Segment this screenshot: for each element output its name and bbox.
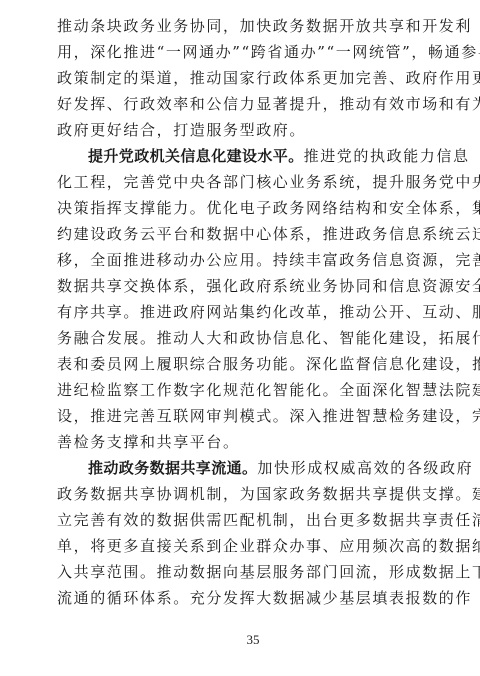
text-line: 政务数据共享协调机制，为国家政务数据共享提供支撑。建: [57, 483, 424, 505]
text-line: 单，将更多直接关系到企业群众办事、应用频次高的数据纳: [57, 535, 424, 557]
section-heading: 推动政务数据共享流通。: [88, 459, 257, 477]
text-line: 政策制定的渠道，推动国家行政体系更加完善、政府作用更: [57, 67, 424, 89]
text-line: 入共享范围。推动数据向基层服务部门回流，形成数据上下: [57, 561, 424, 583]
text-line: 有序共享。推进政府网站集约化改革，推动公开、互动、服: [57, 301, 424, 323]
text-line: 善检务支撑和共享平台。: [57, 431, 240, 453]
text-line: 设，推进完善互联网审判模式。深入推进智慧检务建设，完: [57, 405, 424, 427]
text-line: 化工程，完善党中央各部门核心业务系统，提升服务党中央: [57, 171, 424, 193]
text-line: 用，深化推进“一网通办”“跨省通办”“一网统管”，畅通参与: [57, 41, 424, 63]
text-line: 数据共享交换体系，强化政府系统业务协同和信息资源安全: [57, 275, 424, 297]
section-heading-line: 提升党政机关信息化建设水平。推进党的执政能力信息: [88, 145, 424, 167]
text-line: 表和委员网上履职综合服务功能。深化监督信息化建设，推: [57, 353, 424, 375]
text-line: 进纪检监察工作数字化规范化智能化。全面深化智慧法院建: [57, 379, 424, 401]
text-line: 立完善有效的数据供需匹配机制，出台更多数据共享责任清: [57, 509, 424, 531]
text-line: 移，全面推进移动办公应用。持续丰富政务信息资源，完善: [57, 249, 424, 271]
text-line: 决策指挥支撑能力。优化电子政务网络结构和安全体系，集: [57, 197, 424, 219]
document-page: 推动条块政务业务协同，加快政务数据开放共享和开发利 用，深化推进“一网通办”“跨…: [0, 0, 480, 676]
text-run: 推进党的执政能力信息: [304, 147, 470, 165]
text-line: 务融合发展。推动人大和政协信息化、智能化建设，拓展代: [57, 327, 424, 349]
text-line: 推动条块政务业务协同，加快政务数据开放共享和开发利: [57, 15, 424, 37]
text-line: 约建设政务云平台和数据中心体系，推进政务信息系统云迁: [57, 223, 424, 245]
text-line: 好发挥、行政效率和公信力显著提升，推动有效市场和有为: [57, 93, 424, 115]
text-line: 流通的循环体系。充分发挥大数据减少基层填表报数的作: [57, 587, 424, 609]
page-number: 35: [0, 632, 480, 648]
text-run: 加快形成权威高效的各级政府: [257, 459, 473, 477]
text-line: 政府更好结合，打造服务型政府。: [57, 119, 306, 141]
section-heading-line: 推动政务数据共享流通。加快形成权威高效的各级政府: [88, 457, 424, 479]
section-heading: 提升党政机关信息化建设水平。: [88, 147, 304, 165]
